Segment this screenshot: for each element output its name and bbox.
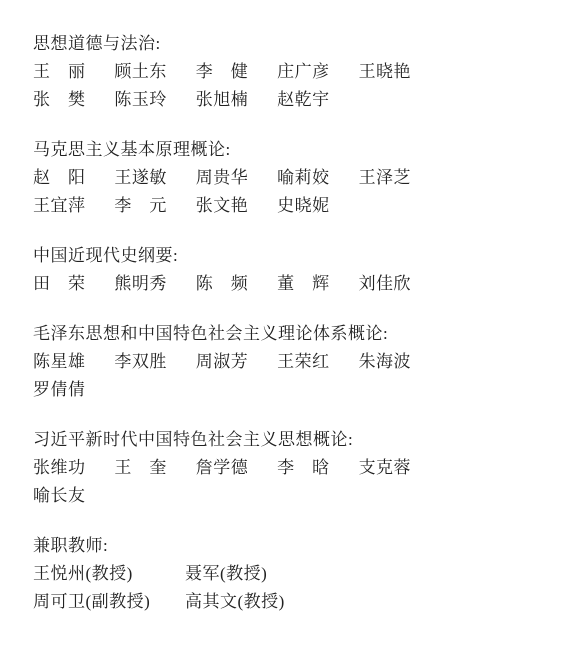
teacher-name-with-title: 聂军(教授) <box>185 560 267 588</box>
teacher-name: 史晓妮 <box>277 192 330 220</box>
teacher-name-with-title: 王悦州(教授) <box>33 560 133 588</box>
teacher-row: 陈星雄 李双胜 周淑芳 王荣红 朱海波 <box>33 348 544 376</box>
teacher-name: 李 晗 <box>277 454 330 482</box>
course-title: 毛泽东思想和中国特色社会主义理论体系概论: <box>33 320 544 348</box>
teacher-name: 熊明秀 <box>114 270 167 298</box>
section-modern-chinese-history: 中国近现代史纲要: 田 荣 熊明秀 陈 频 董 辉 刘佳欣 <box>33 242 544 298</box>
teacher-row: 赵 阳 王遂敏 周贵华 喻莉姣 王泽芝 <box>33 164 544 192</box>
teacher-name: 李 元 <box>114 192 167 220</box>
teacher-name: 李双胜 <box>114 348 167 376</box>
teacher-name: 喻长友 <box>33 482 86 510</box>
teacher-name: 陈玉玲 <box>114 86 167 114</box>
teacher-row: 周可卫(副教授) 高其文(教授) <box>33 588 544 616</box>
teacher-name: 喻莉姣 <box>277 164 330 192</box>
document-page: 思想道德与法治: 王 丽 顾土东 李 健 庄广彦 王晓艳 张 樊 陈玉玲 张旭楠… <box>0 0 562 655</box>
teacher-name: 庄广彦 <box>277 58 330 86</box>
teacher-name: 张文艳 <box>196 192 249 220</box>
teacher-row: 张维功 王 奎 詹学德 李 晗 支克蓉 <box>33 454 544 482</box>
teacher-name: 王泽芝 <box>359 164 412 192</box>
teacher-name: 赵 阳 <box>33 164 86 192</box>
course-title: 习近平新时代中国特色社会主义思想概论: <box>33 426 544 454</box>
teacher-row: 王 丽 顾土东 李 健 庄广彦 王晓艳 <box>33 58 544 86</box>
course-title: 中国近现代史纲要: <box>33 242 544 270</box>
teacher-name: 张旭楠 <box>196 86 249 114</box>
teacher-name: 董 辉 <box>277 270 330 298</box>
teacher-row: 田 荣 熊明秀 陈 频 董 辉 刘佳欣 <box>33 270 544 298</box>
teacher-row: 王悦州(教授) 聂军(教授) <box>33 560 544 588</box>
teacher-name-with-title: 高其文(教授) <box>185 588 285 616</box>
teacher-name: 周贵华 <box>196 164 249 192</box>
teacher-name: 周淑芳 <box>196 348 249 376</box>
teacher-name: 李 健 <box>196 58 249 86</box>
section-marxism-principles: 马克思主义基本原理概论: 赵 阳 王遂敏 周贵华 喻莉姣 王泽芝 王宜萍 李 元… <box>33 136 544 220</box>
teacher-name-with-title: 周可卫(副教授) <box>33 588 150 616</box>
teacher-name: 王遂敏 <box>114 164 167 192</box>
section-xi-thought: 习近平新时代中国特色社会主义思想概论: 张维功 王 奎 詹学德 李 晗 支克蓉 … <box>33 426 544 510</box>
teacher-name: 詹学德 <box>196 454 249 482</box>
course-title: 思想道德与法治: <box>33 30 544 58</box>
teacher-name: 刘佳欣 <box>359 270 412 298</box>
teacher-name: 田 荣 <box>33 270 86 298</box>
teacher-name: 王宜萍 <box>33 192 86 220</box>
teacher-row: 张 樊 陈玉玲 张旭楠 赵乾宇 <box>33 86 544 114</box>
teacher-name: 陈 频 <box>196 270 249 298</box>
course-title: 兼职教师: <box>33 532 544 560</box>
teacher-name: 王 奎 <box>114 454 167 482</box>
teacher-name: 赵乾宇 <box>277 86 330 114</box>
teacher-name: 支克蓉 <box>359 454 412 482</box>
teacher-name: 朱海波 <box>359 348 412 376</box>
teacher-row: 王宜萍 李 元 张文艳 史晓妮 <box>33 192 544 220</box>
section-parttime-teachers: 兼职教师: 王悦州(教授) 聂军(教授) 周可卫(副教授) 高其文(教授) <box>33 532 544 616</box>
teacher-name: 陈星雄 <box>33 348 86 376</box>
course-title: 马克思主义基本原理概论: <box>33 136 544 164</box>
teacher-name: 张维功 <box>33 454 86 482</box>
teacher-name: 王晓艳 <box>359 58 412 86</box>
section-mao-thought-theory-system: 毛泽东思想和中国特色社会主义理论体系概论: 陈星雄 李双胜 周淑芳 王荣红 朱海… <box>33 320 544 404</box>
teacher-row: 喻长友 <box>33 482 544 510</box>
teacher-name: 王荣红 <box>277 348 330 376</box>
teacher-row: 罗倩倩 <box>33 376 544 404</box>
section-ideology-morality-law: 思想道德与法治: 王 丽 顾土东 李 健 庄广彦 王晓艳 张 樊 陈玉玲 张旭楠… <box>33 30 544 114</box>
teacher-name: 王 丽 <box>33 58 86 86</box>
teacher-name: 张 樊 <box>33 86 86 114</box>
teacher-name: 罗倩倩 <box>33 376 86 404</box>
teacher-name: 顾土东 <box>114 58 167 86</box>
